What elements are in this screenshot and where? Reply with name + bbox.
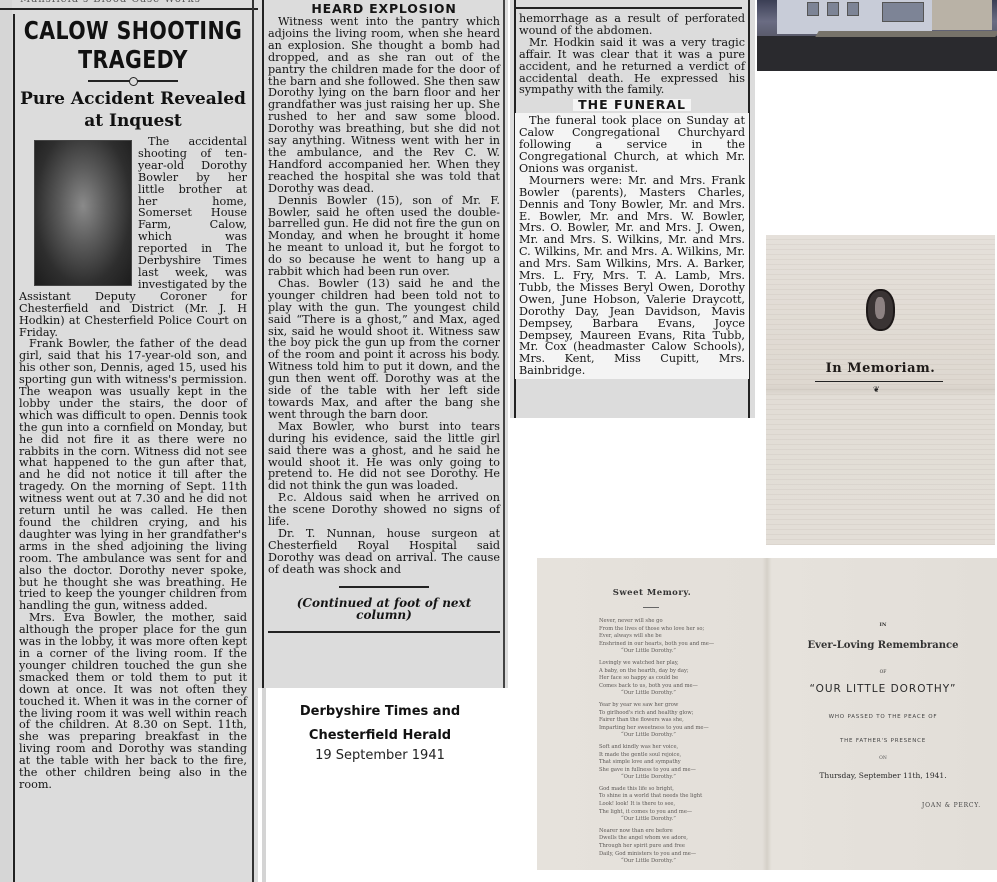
article-paragraph: The funeral took place on Sunday at Calo… [519, 115, 745, 175]
memorial-card-inside: Sweet Memory. Never, never will she go F… [537, 558, 997, 870]
subheadline: Pure Accident Revealed at Inquest [19, 88, 247, 132]
column-rule [252, 0, 254, 882]
article-paragraph: Mr. Hodkin said it was a very tragic aff… [519, 37, 745, 97]
caption-source: Derbyshire Times and Chesterfield Herald [262, 700, 498, 748]
dedication-date: Thursday, September 11th, 1941. [769, 771, 997, 780]
divider [268, 631, 500, 633]
horizontal-rule [0, 8, 258, 10]
dedication-name: “OUR LITTLE DOROTHY” [769, 683, 997, 695]
poem-stanza: Nearer now than ere before Dwells the an… [599, 828, 759, 866]
article-paragraph: Mourners were: Mr. and Mrs. Frank Bowler… [519, 175, 745, 377]
poem-line: Never, never will she go [599, 618, 759, 626]
memorial-card-cover: In Memoriam. ❦ [766, 235, 995, 545]
newspaper-column-1: Mansfield's Blood Case Works CALOW SHOOT… [0, 0, 258, 882]
newspaper-column-2: HEARD EXPLOSION Witness went into the pa… [258, 0, 508, 688]
article-paragraph: Frank Bowler, the father of the dead gir… [19, 338, 247, 612]
column-rule [262, 0, 264, 688]
building [932, 0, 992, 30]
poem-refrain: “Our Little Dorothy.” [599, 648, 759, 656]
poem-refrain: “Our Little Dorothy.” [599, 690, 759, 698]
poem-line: Look! look! It is there to see, [599, 801, 759, 809]
poem-refrain: “Our Little Dorothy.” [599, 774, 759, 782]
poem-stanza: Never, never will she go From the lives … [599, 618, 759, 656]
clipping-caption: Derbyshire Times and Chesterfield Herald… [262, 688, 510, 882]
street-photo [757, 0, 997, 71]
masthead-fragment: Mansfield's Blood Case Works [20, 0, 201, 6]
in-memoriam-title: In Memoriam. [766, 361, 995, 376]
continued-note: (Continued at foot of next column) [268, 598, 500, 622]
article-paragraph: Witness went into the pantry which adjoi… [268, 16, 500, 195]
poem-stanza: God made this life so bright, To shine i… [599, 786, 759, 824]
dedication-signature: JOAN & PERCY. [922, 802, 981, 809]
subheading-heard-explosion: HEARD EXPLOSION [268, 2, 500, 16]
poem-line: Lovingly we watched her play, [599, 660, 759, 668]
caption-date: 19 September 1941 [262, 748, 498, 763]
article-paragraph: P.c. Aldous said when he arrived on the … [268, 492, 500, 528]
dedication-on: ON [769, 756, 997, 761]
article-paragraph: hemorrhage as a result of perforated wou… [519, 13, 745, 37]
article-paragraph: Dennis Bowler (15), son of Mr. F. Bowler… [268, 195, 500, 278]
poem-line: To girlhood's rich and healthy glow; [599, 710, 759, 718]
article-paragraph: Chas. Bowler (13) said he and the younge… [268, 278, 500, 421]
poem-line: A baby, on the hearth, day by day; [599, 668, 759, 676]
poem-line: God made this life so bright, [599, 786, 759, 794]
article-paragraph: Mrs. Eva Bowler, the mother, said althou… [19, 612, 247, 791]
poem-stanza: Soft and kindly was her voice, It made t… [599, 744, 759, 782]
poem-line: To shine in a world that needs the light [599, 793, 759, 801]
poem-title: Sweet Memory. [537, 588, 767, 598]
poem-line: Through her spirit pure and free [599, 843, 759, 851]
article-paragraph: Max Bowler, who burst into tears during … [268, 421, 500, 492]
dedication-page: IN Ever-Loving Remembrance OF “OUR LITTL… [769, 558, 997, 870]
poem-page: Sweet Memory. Never, never will she go F… [537, 558, 767, 870]
poem-refrain: “Our Little Dorothy.” [599, 858, 759, 866]
poem-line: Nearer now than ere before [599, 828, 759, 836]
poem-refrain: “Our Little Dorothy.” [599, 732, 759, 740]
poem-stanza: Year by year we saw her grow To girlhood… [599, 702, 759, 740]
poem-line: It made the gentle soul rejoice, [599, 752, 759, 760]
poem-line: From the lives of those who love her so; [599, 626, 759, 634]
religious-emblem-icon [866, 289, 895, 331]
poem-line: That simple love and sympathy [599, 759, 759, 767]
poem-line: Year by year we saw her grow [599, 702, 759, 710]
poem-line: Ever, always will she be [599, 633, 759, 641]
dedication-of: OF [769, 670, 997, 675]
poem-body: Never, never will she go From the lives … [599, 618, 759, 870]
dedication-in: IN [769, 622, 997, 628]
ornament-divider [88, 80, 178, 82]
poem-line: Soft and kindly was her voice, [599, 744, 759, 752]
newspaper-column-3: hemorrhage as a result of perforated wou… [510, 0, 755, 418]
fleuron-icon: ❦ [873, 385, 880, 394]
dedication-fathers-presence: THE FATHER'S PRESENCE [769, 738, 997, 744]
poem-line: Dwells the angel whom we adore, [599, 835, 759, 843]
underline-rule [815, 381, 943, 382]
road [757, 36, 997, 71]
poem-line: Fairer than the flowers was she, [599, 717, 759, 725]
poem-stanza: Lovingly we watched her play, A baby, on… [599, 660, 759, 698]
poem-line: Her face so happy as could be [599, 675, 759, 683]
headline: CALOW SHOOTING TRAGEDY [23, 16, 243, 74]
column-rule [13, 14, 15, 882]
dedication-ever-loving: Ever-Loving Remembrance [769, 640, 997, 651]
divider [339, 586, 429, 588]
building [777, 0, 932, 34]
subheading-the-funeral: THE FUNERAL [573, 99, 691, 111]
divider [643, 607, 659, 608]
poem-refrain: “Our Little Dorothy.” [599, 816, 759, 824]
dedication-who-passed: WHO PASSED TO THE PEACE OF [769, 714, 997, 720]
adjacent-column-fragment [0, 0, 12, 882]
pavement [815, 31, 997, 37]
horizontal-rule [514, 7, 742, 9]
portrait-photo [34, 140, 132, 286]
column-rule [503, 0, 505, 688]
article-paragraph: Dr. T. Nunnan, house surgeon at Chesterf… [268, 528, 500, 576]
